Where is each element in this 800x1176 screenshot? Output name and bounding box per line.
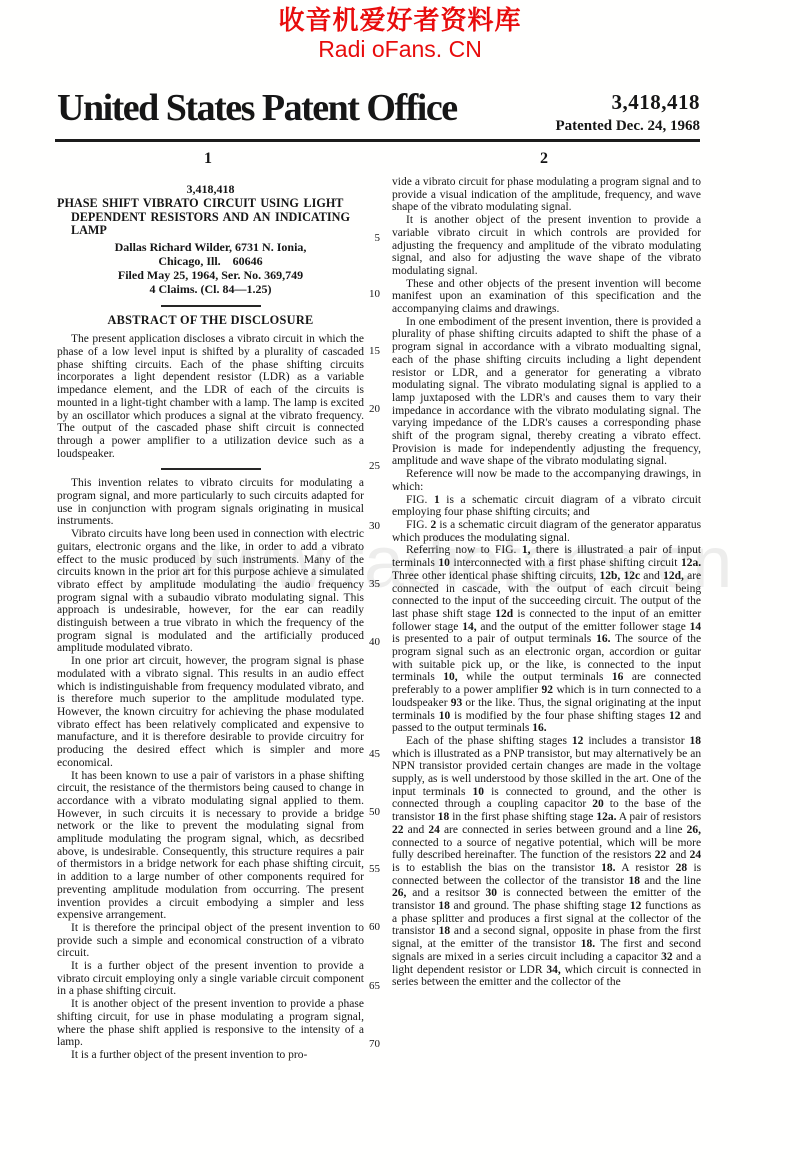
body-paragraph: Vibrato circuits have long been used in …	[57, 528, 364, 655]
abstract-heading: ABSTRACT OF THE DISCLOSURE	[57, 314, 364, 327]
body-paragraph: In one prior art circuit, however, the p…	[57, 655, 364, 769]
column-number-2: 2	[532, 150, 556, 168]
patented-date: Patented Dec. 24, 1968	[460, 118, 700, 135]
gutter-line-number: 5	[356, 232, 380, 244]
column-1-body: This invention relates to vibrato circui…	[57, 477, 364, 1061]
inventor-line-1: Dallas Richard Wilder, 6731 N. Ionia,	[57, 240, 364, 254]
column-2-body: vide a vibrato circuit for phase modulat…	[392, 176, 701, 989]
body-paragraph: FIG. 1 is a schematic circuit diagram of…	[392, 494, 701, 519]
site-header-chinese: 收音机爱好者资料库	[0, 4, 800, 36]
abstract-text: The present application discloses a vibr…	[57, 333, 364, 460]
body-paragraph: It is therefore the principal object of …	[57, 922, 364, 960]
body-paragraph: Referring now to FIG. 1, there is illust…	[392, 544, 701, 735]
body-paragraph: It is a further object of the present in…	[57, 960, 364, 998]
body-paragraph: Each of the phase shifting stages 12 inc…	[392, 735, 701, 989]
gutter-line-number: 40	[356, 636, 380, 648]
gutter-line-number: 25	[356, 460, 380, 472]
section-divider	[161, 468, 261, 470]
gutter-line-number: 15	[356, 345, 380, 357]
body-paragraph: These and other objects of the present i…	[392, 278, 701, 316]
body-paragraph: It is another object of the present inve…	[392, 214, 701, 278]
patent-office-title: United States Patent Office	[57, 86, 457, 130]
gutter-line-number: 50	[356, 806, 380, 818]
column-number-1: 1	[196, 150, 220, 168]
heading-patent-number: 3,418,418	[57, 183, 364, 196]
masthead-rule	[55, 139, 700, 142]
patent-page: www.radiofans.cn 收音机爱好者资料库 Radi oFans. C…	[0, 0, 800, 1176]
body-paragraph: Reference will now be made to the accomp…	[392, 468, 701, 493]
body-paragraph: In one embodiment of the present inventi…	[392, 316, 701, 468]
gutter-line-number: 20	[356, 403, 380, 415]
body-paragraph: It is a further object of the present in…	[57, 1049, 364, 1062]
gutter-line-number: 45	[356, 748, 380, 760]
claims-line: 4 Claims. (Cl. 84—1.25)	[57, 282, 364, 296]
gutter-line-number: 10	[356, 288, 380, 300]
body-paragraph: FIG. 2 is a schematic circuit diagram of…	[392, 519, 701, 544]
gutter-line-number: 60	[356, 921, 380, 933]
gutter-line-number: 55	[356, 863, 380, 875]
filed-line: Filed May 25, 1964, Ser. No. 369,749	[57, 268, 364, 282]
site-header-url: Radi oFans. CN	[0, 36, 800, 62]
site-header: 收音机爱好者资料库 Radi oFans. CN	[0, 4, 800, 62]
patent-title: PHASE SHIFT VIBRATO CIRCUIT USING LIGHT …	[57, 197, 364, 238]
column-1: 3,418,418 PHASE SHIFT VIBRATO CIRCUIT US…	[57, 183, 364, 1062]
patent-number: 3,418,418	[460, 90, 700, 115]
body-paragraph: It is another object of the present inve…	[57, 998, 364, 1049]
gutter-line-number: 35	[356, 578, 380, 590]
gutter-line-number: 65	[356, 980, 380, 992]
section-divider	[161, 305, 261, 307]
body-paragraph: This invention relates to vibrato circui…	[57, 477, 364, 528]
inventor-line-2: Chicago, Ill. 60646	[57, 254, 364, 268]
body-paragraph: vide a vibrato circuit for phase modulat…	[392, 176, 701, 214]
gutter-line-number: 30	[356, 520, 380, 532]
masthead-right-block: 3,418,418 Patented Dec. 24, 1968	[460, 90, 700, 135]
gutter-line-number: 70	[356, 1038, 380, 1050]
column-2: vide a vibrato circuit for phase modulat…	[392, 176, 701, 989]
body-paragraph: It has been known to use a pair of varis…	[57, 770, 364, 922]
